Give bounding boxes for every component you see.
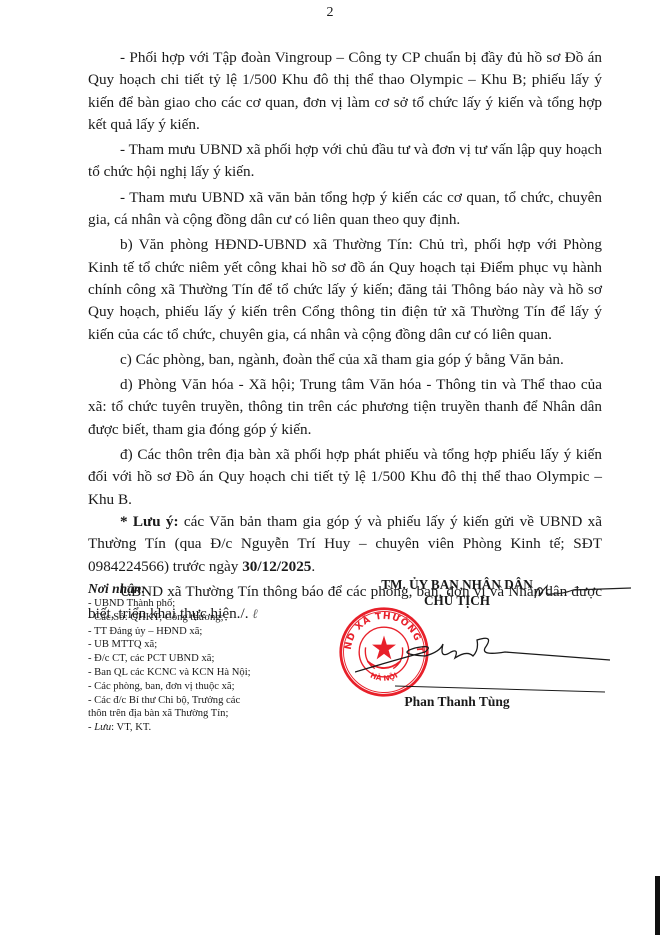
paragraph-office-duties: b) Văn phòng HĐND-UBND xã Thường Tín: Ch… — [88, 234, 602, 345]
note-label: * Lưu ý: — [120, 513, 179, 530]
document-body: - Phối hợp với Tập đoàn Vingroup – Công … — [88, 47, 602, 625]
paragraph-advise-summary: - Tham mưu UBND xã văn bản tổng hợp ý ki… — [88, 187, 602, 232]
initial-mark: ℓ — [252, 606, 257, 621]
recipient-item: - Ban QL các KCNC và KCN Hà Nội; — [88, 666, 251, 680]
recipient-item: - UBND Thành phố; — [88, 597, 251, 611]
archive-label: Lưu — [94, 722, 111, 733]
recipient-item: - TT Đảng ủy – HĐND xã; — [88, 625, 251, 639]
note-paragraph: * Lưu ý: các Văn bản tham gia góp ý và p… — [88, 511, 602, 578]
recipient-item-archive: - Lưu: VT, KT. — [88, 721, 251, 735]
recipient-item: - UB MTTQ xã; — [88, 638, 251, 652]
signer-organization: TM. ỦY BAN NHÂN DÂN — [352, 577, 562, 593]
initials-scribble-icon — [533, 582, 633, 602]
paragraph-villages: đ) Các thôn trên địa bàn xã phối hợp phá… — [88, 444, 602, 511]
page-number: 2 — [0, 5, 660, 21]
signature-block: TM. ỦY BAN NHÂN DÂN CHỦ TỊCH Phan Thanh … — [352, 577, 562, 609]
recipient-item: - Các Sở: QHKT; Công thương; — [88, 611, 251, 625]
paragraph-departments: c) Các phòng, ban, ngành, đoàn thể của x… — [88, 349, 602, 371]
recipients-title: Nơi nhận: — [88, 581, 251, 597]
paragraph-culture: d) Phòng Văn hóa - Xã hội; Trung tâm Văn… — [88, 374, 602, 441]
recipient-item: - Đ/c CT, các PCT UBND xã; — [88, 652, 251, 666]
note-deadline: 30/12/2025 — [242, 558, 311, 575]
recipient-item: - Các phòng, ban, đơn vị thuộc xã; — [88, 680, 251, 694]
recipient-item: - Các đ/c Bí thư Chi bộ, Trưởng các — [88, 694, 251, 708]
handwritten-signature-icon — [355, 630, 615, 700]
recipient-item: thôn trên địa bàn xã Thường Tín; — [88, 707, 251, 721]
paragraph-coordinate-vingroup: - Phối hợp với Tập đoàn Vingroup – Công … — [88, 47, 602, 136]
paragraph-advise-conference: - Tham mưu UBND xã phối hợp với chủ đầu … — [88, 139, 602, 184]
signer-title: CHỦ TỊCH — [352, 593, 562, 609]
archive-value: : VT, KT. — [111, 722, 151, 733]
note-suffix: . — [311, 558, 315, 575]
scan-edge-artifact — [655, 876, 660, 935]
recipients-list: Nơi nhận: - UBND Thành phố; - Các Sở: QH… — [88, 581, 251, 735]
